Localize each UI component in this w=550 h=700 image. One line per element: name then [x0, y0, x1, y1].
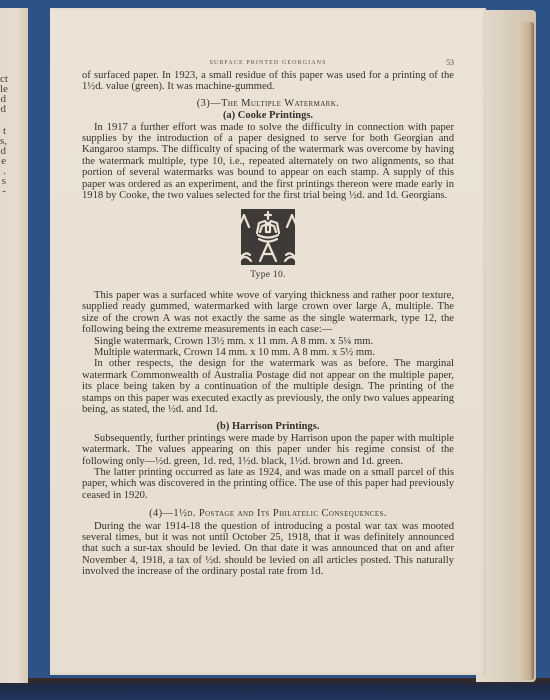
paragraph: of surfaced paper. In 1923, a small resi… [82, 70, 454, 93]
paragraph: During the war 1914-18 the question of i… [82, 521, 454, 578]
book-page: SURFACE PRINTED GEORGIANS 53 of surfaced… [50, 8, 486, 675]
table-surface [0, 678, 550, 700]
figure-caption: Type 10. [82, 270, 454, 281]
measurement-line: Multiple watermark, Crown 14 mm. x 10 mm… [82, 347, 454, 358]
measurement-line: Single watermark, Crown 13½ mm. x 11 mm.… [82, 336, 454, 347]
section-heading: (4)—1½d. Postage and Its Philatelic Cons… [82, 508, 454, 519]
subsection-heading: (b) Harrison Printings. [82, 421, 454, 432]
subsection-heading: (a) Cooke Printings. [82, 110, 454, 121]
page-number: 53 [446, 58, 454, 67]
paragraph: Subsequently, further printings were mad… [82, 433, 454, 467]
running-head: SURFACE PRINTED GEORGIANS [100, 60, 436, 66]
previous-page-edge: ct le d d t s, d e . s - [0, 8, 28, 683]
page-body: of surfaced paper. In 1923, a small resi… [82, 70, 454, 578]
paragraph: This paper was a surfaced white wove of … [82, 290, 454, 336]
paragraph: In 1917 a further effort was made to sol… [82, 122, 454, 202]
book-cover-edge [520, 22, 534, 680]
paragraph: In other respects, the design for the wa… [82, 358, 454, 415]
section-heading: (3)—The Multiple Watermark. [82, 98, 454, 109]
paragraph: The latter printing occurred as late as … [82, 467, 454, 501]
crown-over-a-watermark-icon [241, 209, 295, 265]
watermark-figure [241, 209, 295, 265]
prev-page-fragment: - [0, 186, 28, 198]
prev-page-fragment: d [0, 104, 28, 116]
